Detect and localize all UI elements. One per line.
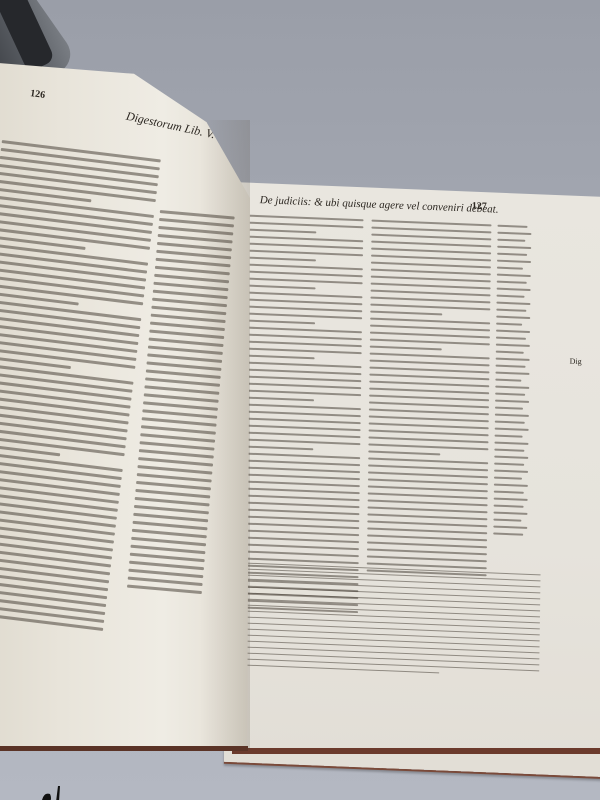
right-running-head: De judiciis: & ubi quisque agere vel con… — [260, 195, 499, 216]
right-page: De judiciis: & ubi quisque agere vel con… — [224, 182, 600, 777]
right-footnotes — [239, 562, 540, 682]
dark-object — [38, 772, 68, 800]
gutter-shadow — [200, 120, 250, 750]
right-page-edge — [232, 748, 600, 754]
right-col2-text — [367, 220, 492, 582]
right-margin-notes — [493, 225, 531, 541]
book-photo: De judiciis: & ubi quisque agere vel con… — [0, 0, 600, 800]
right-col1-text — [240, 215, 364, 619]
left-page-number: 126 — [29, 89, 45, 101]
left-page-edge — [0, 746, 248, 751]
right-page-number: 127 — [472, 202, 487, 213]
catchword: Dig — [570, 358, 582, 367]
